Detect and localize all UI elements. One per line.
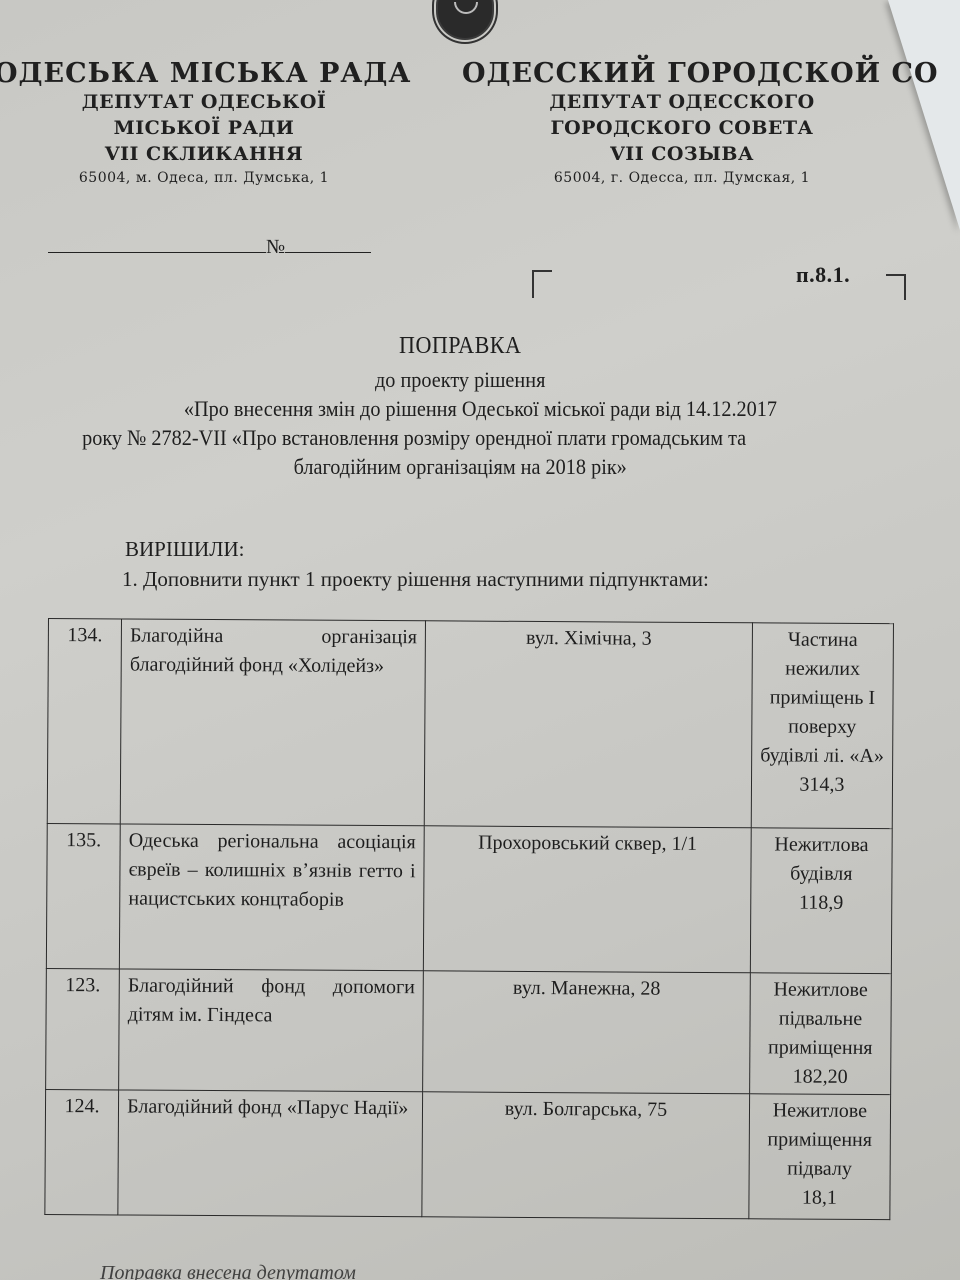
address-ru: 65004, г. Одесса, пл. Думская, 1 <box>462 170 902 186</box>
row-number: 135. <box>46 823 120 968</box>
description-text: Частина нежилих приміщень І поверху буді… <box>760 625 885 771</box>
document-title-block: ПОПРАВКА до проекту рішення «Про внесенн… <box>60 332 860 481</box>
letterhead-ukrainian: ОДЕСЬКА МІСЬКА РАДА ДЕПУТАТ ОДЕСЬКОЇ МІС… <box>0 58 414 186</box>
table-row: 134. Благодійна організація благодійний … <box>47 619 893 829</box>
organization-name: Благодійна організація благодійний фонд … <box>120 619 425 826</box>
number-blank <box>285 252 371 253</box>
document-subject-line-3: благодійним організаціям на 2018 рік» <box>60 452 860 481</box>
decision-point-1: 1. Доповнити пункт 1 проекту рішення нас… <box>122 564 709 594</box>
row-number: 124. <box>45 1089 119 1214</box>
area-value: 182,20 <box>758 1062 882 1092</box>
footer-note: Поправка внесена депутатом <box>100 1262 356 1280</box>
document-subject-line-1: «Про внесення змін до рішення Одеської м… <box>60 394 860 423</box>
coat-of-arms-icon <box>436 0 494 40</box>
council-name-ru: ОДЕССКИЙ ГОРОДСКОЙ СО <box>462 58 960 89</box>
area-value: 314,3 <box>760 770 884 800</box>
document-subject-line-2: року № 2782-VII «Про встановлення розмір… <box>60 423 860 452</box>
convocation-ua: VII СКЛИКАННЯ <box>0 141 414 167</box>
organization-name: Благодійний фонд «Парус Надії» <box>118 1090 423 1217</box>
deputy-line-ru: ДЕПУТАТ ОДЕССКОГО <box>462 89 902 115</box>
agenda-item-number: п.8.1. <box>796 262 850 288</box>
corner-mark-right <box>886 274 906 300</box>
property-address: вул. Хімічна, 3 <box>424 621 752 828</box>
property-description: Нежитлова будівля 118,9 <box>750 828 892 974</box>
number-sign: № <box>266 236 285 258</box>
row-number: 123. <box>46 968 120 1089</box>
corner-mark-left <box>532 270 552 298</box>
document-subtitle: до проекту рішення <box>60 365 860 394</box>
council-name-ua: ОДЕСЬКА МІСЬКА РАДА <box>0 58 414 89</box>
table-row: 124. Благодійний фонд «Парус Надії» вул.… <box>45 1089 891 1219</box>
organization-name: Благодійний фонд допомоги дітям ім. Гінд… <box>119 969 424 1092</box>
property-description: Нежитлове підвальне приміщення 182,20 <box>749 973 891 1095</box>
decision-heading: ВИРІШИЛИ: <box>125 534 709 564</box>
description-text: Нежитлова будівля <box>759 830 884 889</box>
council-line-ru: ГОРОДСКОГО СОВЕТА <box>462 115 902 141</box>
document-title: ПОПРАВКА <box>60 332 860 361</box>
property-address: Прохоровський сквер, 1/1 <box>423 826 751 973</box>
amendment-table: 134. Благодійна організація благодійний … <box>44 618 894 1220</box>
property-address: вул. Болгарська, 75 <box>422 1092 749 1219</box>
row-number: 134. <box>47 619 121 824</box>
table-row: 135. Одеська регіональна асоціація євреї… <box>46 823 892 973</box>
deputy-line-ua: ДЕПУТАТ ОДЕСЬКОЇ <box>0 89 414 115</box>
date-blank <box>48 252 266 253</box>
property-description: Нежитлове приміщення підвалу 18,1 <box>749 1094 891 1220</box>
description-text: Нежитлове підвальне приміщення <box>758 975 883 1063</box>
area-value: 18,1 <box>757 1183 881 1213</box>
registration-line: № <box>48 236 371 259</box>
description-text: Нежитлове приміщення підвалу <box>757 1096 882 1184</box>
table-row: 123. Благодійний фонд допомоги дітям ім.… <box>46 968 892 1094</box>
address-ua: 65004, м. Одеса, пл. Думська, 1 <box>0 170 414 186</box>
letterhead-russian: ОДЕССКИЙ ГОРОДСКОЙ СО ДЕПУТАТ ОДЕССКОГО … <box>462 58 960 186</box>
organization-name: Одеська регіональна асоціація євреїв – к… <box>120 824 425 971</box>
decision-section: ВИРІШИЛИ: 1. Доповнити пункт 1 проекту р… <box>125 534 709 594</box>
area-value: 118,9 <box>759 888 883 918</box>
convocation-ru: VII СОЗЫВА <box>462 141 902 167</box>
property-address: вул. Манежна, 28 <box>423 971 750 1094</box>
property-description: Частина нежилих приміщень І поверху буді… <box>751 623 893 829</box>
council-line-ua: МІСЬКОЇ РАДИ <box>0 115 414 141</box>
